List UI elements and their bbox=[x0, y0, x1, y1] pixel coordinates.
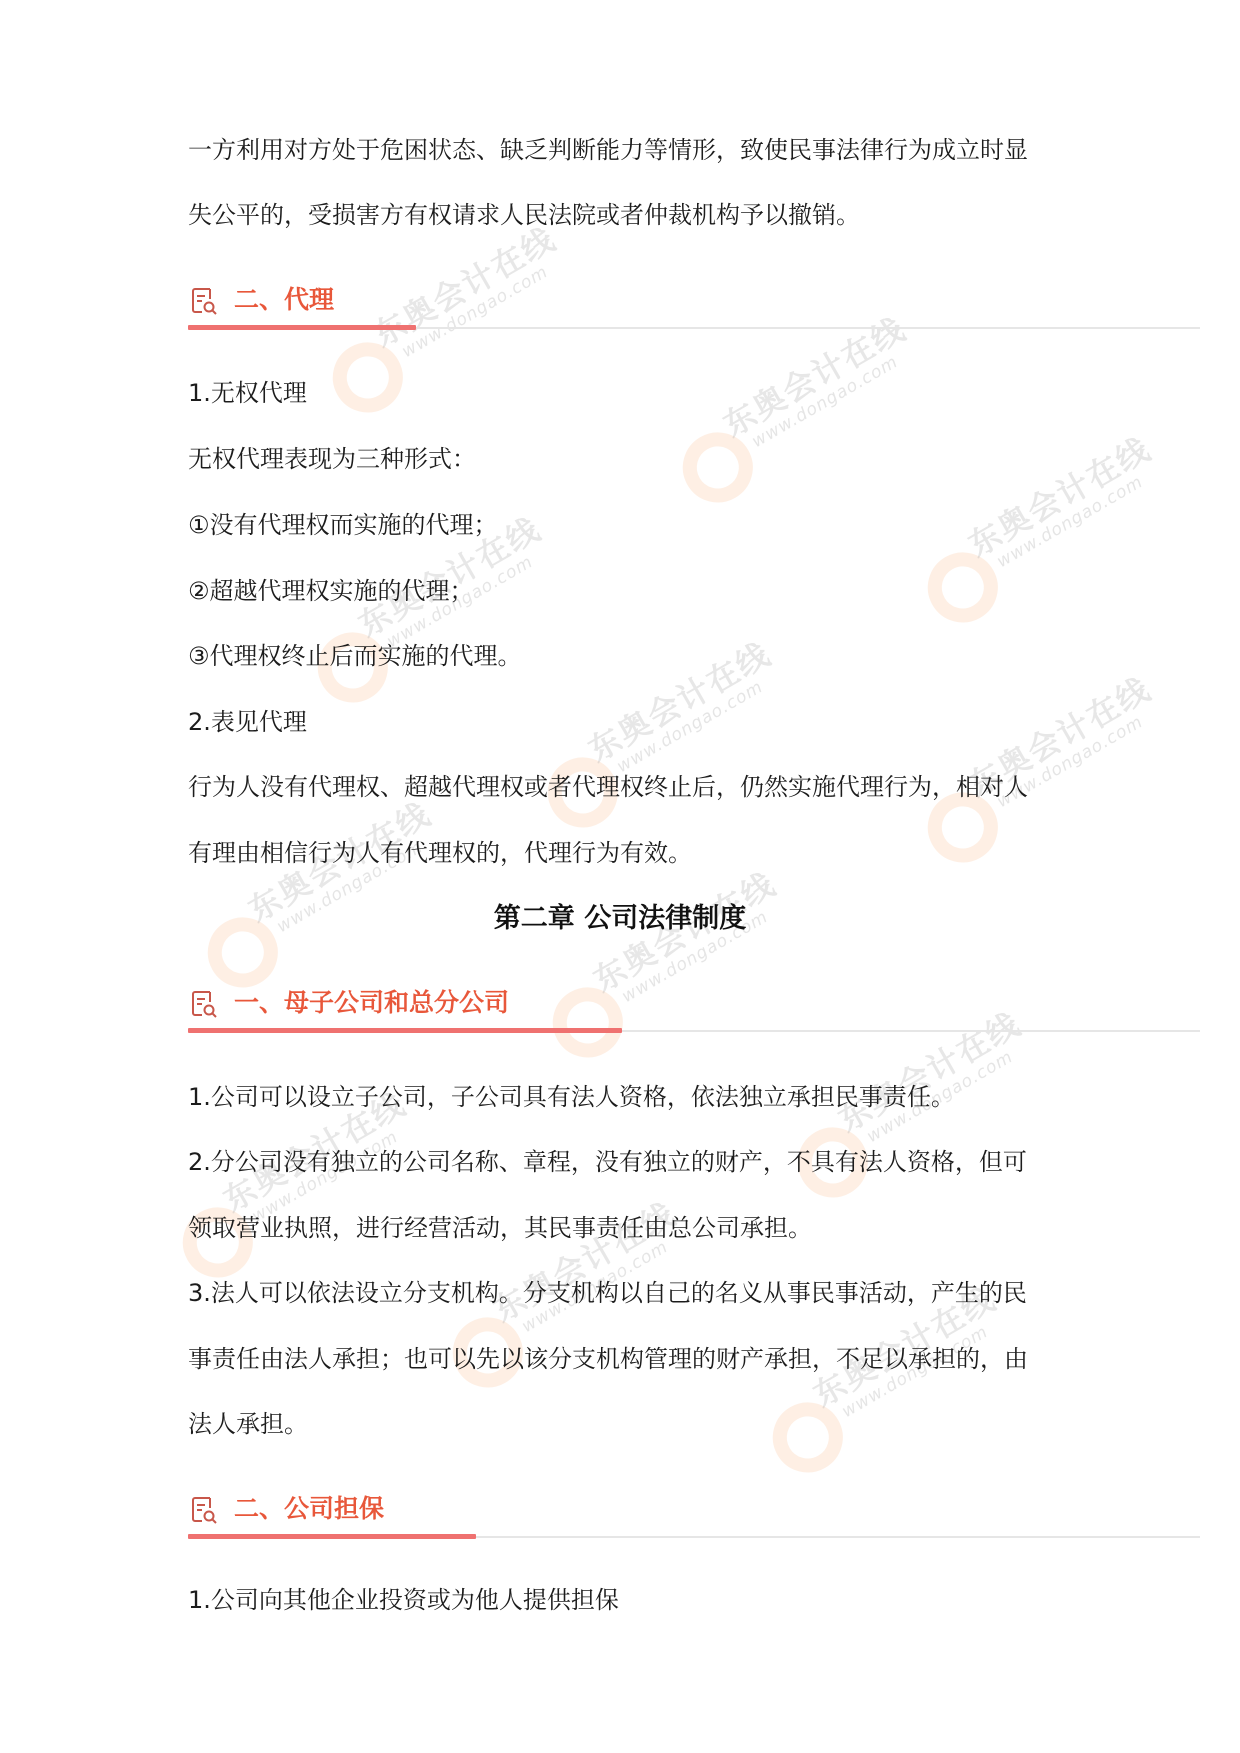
list-item: 2.表见代理 bbox=[188, 707, 307, 737]
section-heading-parent-subsidiary: 一、母子公司和总分公司 bbox=[188, 985, 1200, 1035]
section-heading-agency: 二、代理 bbox=[188, 282, 1200, 332]
section-divider-accent bbox=[188, 1534, 476, 1539]
list-item: 2.分公司没有独立的公司名称、章程，没有独立的财产，不具有法人资格，但可 bbox=[188, 1147, 1027, 1177]
section-divider-accent bbox=[188, 325, 416, 330]
paragraph-line: 无权代理表现为三种形式： bbox=[188, 444, 476, 474]
paragraph-line: 领取营业执照，进行经营活动，其民事责任由总公司承担。 bbox=[188, 1213, 812, 1243]
list-item: 1.无权代理 bbox=[188, 378, 307, 408]
list-item: 3.法人可以依法设立分支机构。分支机构以自己的名义从事民事活动，产生的民 bbox=[188, 1278, 1027, 1308]
paragraph-line: 有理由相信行为人有代理权的，代理行为有效。 bbox=[188, 838, 692, 868]
section-title: 二、代理 bbox=[234, 284, 334, 316]
list-item: ②超越代理权实施的代理； bbox=[188, 576, 474, 606]
section-title: 一、母子公司和总分公司 bbox=[234, 987, 509, 1019]
document-search-icon bbox=[190, 989, 220, 1019]
paragraph-line: 事责任由法人承担；也可以先以该分支机构管理的财产承担，不足以承担的，由 bbox=[188, 1344, 1028, 1374]
section-title: 二、公司担保 bbox=[234, 1493, 384, 1525]
paragraph-line: 法人承担。 bbox=[188, 1409, 308, 1439]
list-item: ③代理权终止后而实施的代理。 bbox=[188, 641, 522, 671]
list-item: 1.公司向其他企业投资或为他人提供担保 bbox=[188, 1585, 619, 1615]
document-page: 一方利用对方处于危困状态、缺乏判断能力等情形，致使民事法律行为成立时显 失公平的… bbox=[0, 0, 1240, 1753]
list-item: 1.公司可以设立子公司，子公司具有法人资格，依法独立承担民事责任。 bbox=[188, 1082, 955, 1112]
section-heading-company-guarantee: 二、公司担保 bbox=[188, 1491, 1200, 1541]
paragraph-line: 行为人没有代理权、超越代理权或者代理权终止后，仍然实施代理行为，相对人 bbox=[188, 772, 1028, 802]
chapter-title: 第二章 公司法律制度 bbox=[0, 902, 1240, 936]
paragraph-line: 一方利用对方处于危困状态、缺乏判断能力等情形，致使民事法律行为成立时显 bbox=[188, 135, 1028, 165]
paragraph-line: 失公平的，受损害方有权请求人民法院或者仲裁机构予以撤销。 bbox=[188, 200, 860, 230]
document-search-icon bbox=[190, 1495, 220, 1525]
document-search-icon bbox=[190, 286, 220, 316]
list-item: ①没有代理权而实施的代理； bbox=[188, 510, 498, 540]
section-divider-accent bbox=[188, 1028, 622, 1033]
